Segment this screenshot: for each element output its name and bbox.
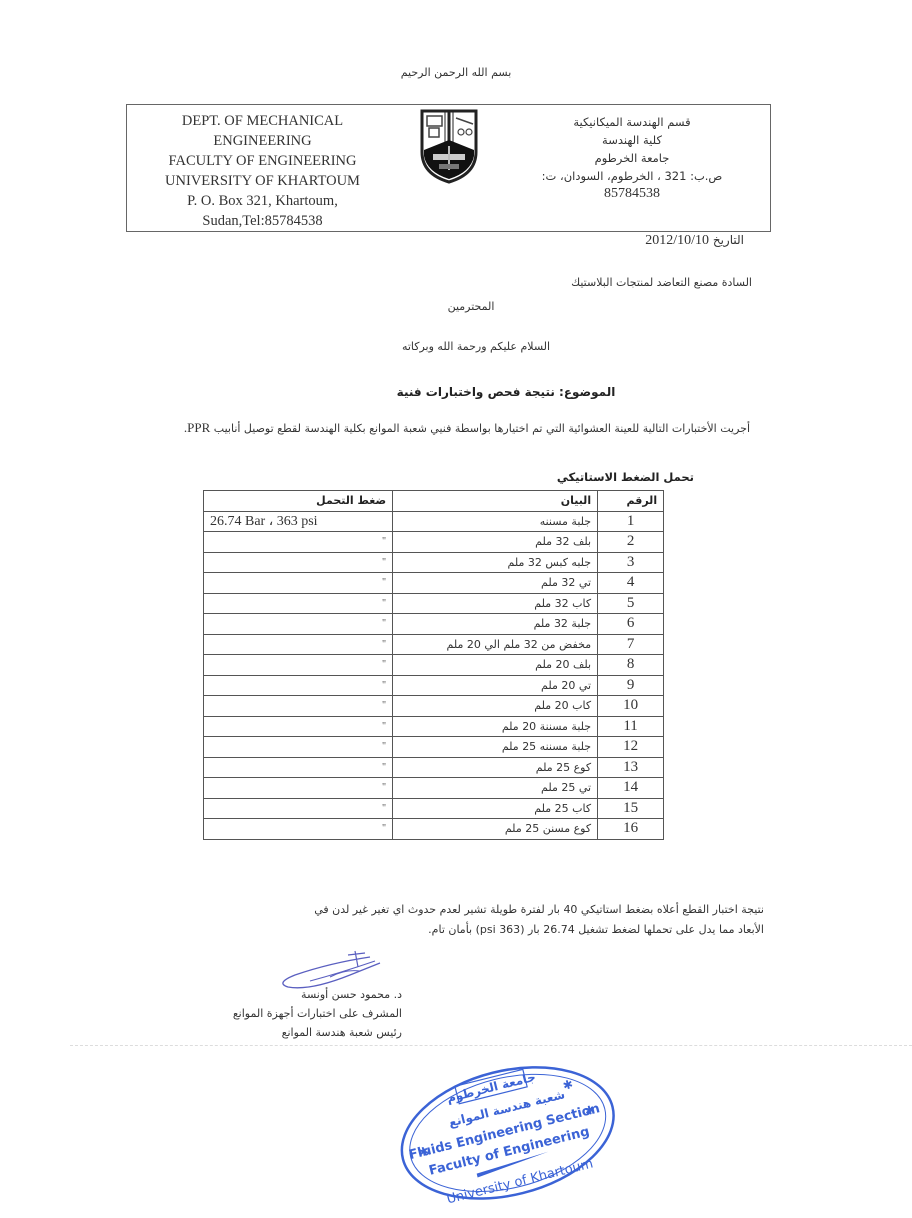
row-pressure-ditto: " bbox=[204, 819, 393, 840]
table-header-row: الرقم البيان ضغط التحمل bbox=[204, 491, 664, 512]
row-pressure-ditto: " bbox=[204, 798, 393, 819]
row-description: تي 20 ملم bbox=[393, 675, 598, 696]
row-pressure-ditto: " bbox=[204, 778, 393, 799]
table-row: 15 كاب 25 ملم " bbox=[204, 798, 664, 819]
university-crest-icon bbox=[419, 108, 479, 184]
conclusion-line: نتيجة اختبار القطع أعلاه بضغط استاتيكي 4… bbox=[144, 900, 764, 920]
row-description: كاب 25 ملم bbox=[393, 798, 598, 819]
table-row: 12 جلبة مسننه 25 ملم " bbox=[204, 737, 664, 758]
row-description: جلبة مسننه 25 ملم bbox=[393, 737, 598, 758]
header-description: البيان bbox=[393, 491, 598, 512]
table-title: تحمل الضغط الاستاتيكي bbox=[557, 470, 694, 484]
table-row: 3 جلبه كبس 32 ملم " bbox=[204, 552, 664, 573]
row-description: جلبة مسننه bbox=[393, 511, 598, 532]
conclusion-line: الأبعاد مما يدل على تحملها لضغط تشغيل 26… bbox=[144, 920, 764, 940]
letterhead-en-line: Sudan,Tel:85784538 bbox=[135, 211, 390, 231]
letterhead-ar-line: جامعة الخرطوم bbox=[502, 149, 762, 167]
row-description: جلبة 32 ملم bbox=[393, 614, 598, 635]
row-number: 2 bbox=[598, 532, 664, 553]
table-row: 7 مخفض من 32 ملم الي 20 ملم " bbox=[204, 634, 664, 655]
row-number: 9 bbox=[598, 675, 664, 696]
row-pressure: 26.74 Bar ، 363 psi bbox=[204, 511, 393, 532]
date-line: التاريخ 2012/10/10 bbox=[645, 233, 744, 249]
conclusion-paragraph: نتيجة اختبار القطع أعلاه بضغط استاتيكي 4… bbox=[144, 900, 764, 940]
row-pressure-ditto: " bbox=[204, 716, 393, 737]
row-description: كاب 20 ملم bbox=[393, 696, 598, 717]
letterhead-en-line: DEPT. OF MECHANICAL bbox=[135, 111, 390, 131]
letterhead-en-line: P. O. Box 321, Khartoum, bbox=[135, 191, 390, 211]
results-table: الرقم البيان ضغط التحمل 1 جلبة مسننه 26.… bbox=[203, 490, 664, 840]
row-number: 4 bbox=[598, 573, 664, 594]
table-row: 13 كوع 25 ملم " bbox=[204, 757, 664, 778]
row-pressure-ditto: " bbox=[204, 614, 393, 635]
table-row: 6 جلبة 32 ملم " bbox=[204, 614, 664, 635]
signer-name: د. محمود حسن أونسة bbox=[218, 985, 402, 1004]
row-number: 15 bbox=[598, 798, 664, 819]
table-row: 14 تي 25 ملم " bbox=[204, 778, 664, 799]
table-row: 8 بلف 20 ملم " bbox=[204, 655, 664, 676]
recipient: السادة مصنع التعاضد لمنتجات البلاستيك bbox=[571, 276, 752, 289]
row-description: بلف 20 ملم bbox=[393, 655, 598, 676]
official-stamp: جامعة الخرطوم شعبة هندسة الموانع Fluids … bbox=[392, 1055, 622, 1205]
row-description: كوع 25 ملم bbox=[393, 757, 598, 778]
date-value: 2012/10/10 bbox=[645, 233, 709, 248]
table-row: 10 كاب 20 ملم " bbox=[204, 696, 664, 717]
signer-title: رئيس شعبة هندسة الموانع bbox=[218, 1023, 402, 1042]
row-number: 5 bbox=[598, 593, 664, 614]
letterhead: DEPT. OF MECHANICAL ENGINEERING FACULTY … bbox=[126, 104, 771, 232]
row-pressure-ditto: " bbox=[204, 593, 393, 614]
row-number: 11 bbox=[598, 716, 664, 737]
row-pressure-ditto: " bbox=[204, 757, 393, 778]
letterhead-en-line: ENGINEERING bbox=[135, 131, 390, 151]
header-pressure: ضغط التحمل bbox=[204, 491, 393, 512]
row-number: 1 bbox=[598, 511, 664, 532]
table-row: 9 تي 20 ملم " bbox=[204, 675, 664, 696]
letterhead-ar-line: قسم الهندسة الميكانيكية bbox=[502, 113, 762, 131]
row-number: 16 bbox=[598, 819, 664, 840]
row-pressure-ditto: " bbox=[204, 573, 393, 594]
page-divider bbox=[70, 1045, 912, 1046]
row-description: جلبة مسننة 20 ملم bbox=[393, 716, 598, 737]
date-label: التاريخ bbox=[713, 233, 744, 247]
letterhead-en-line: FACULTY OF ENGINEERING bbox=[135, 151, 390, 171]
table-row: 16 كوع مسنن 25 ملم " bbox=[204, 819, 664, 840]
row-number: 12 bbox=[598, 737, 664, 758]
letterhead-arabic: قسم الهندسة الميكانيكية كلية الهندسة جام… bbox=[502, 113, 762, 203]
row-pressure-ditto: " bbox=[204, 532, 393, 553]
basmala: بسم الله الرحمن الرحيم bbox=[0, 66, 912, 79]
row-description: تي 32 ملم bbox=[393, 573, 598, 594]
row-description: جلبه كبس 32 ملم bbox=[393, 552, 598, 573]
intro-paragraph: أجريت الأختبارات التالية للعينة العشوائي… bbox=[160, 418, 750, 439]
row-pressure-ditto: " bbox=[204, 552, 393, 573]
header-number: الرقم bbox=[598, 491, 664, 512]
letterhead-ar-line: كلية الهندسة bbox=[502, 131, 762, 149]
row-pressure-ditto: " bbox=[204, 634, 393, 655]
signer-title: المشرف على اختبارات أجهزة الموانع bbox=[218, 1004, 402, 1023]
row-number: 10 bbox=[598, 696, 664, 717]
row-description: كوع مسنن 25 ملم bbox=[393, 819, 598, 840]
letterhead-english: DEPT. OF MECHANICAL ENGINEERING FACULTY … bbox=[135, 111, 390, 231]
intro-text: أجريت الأختبارات التالية للعينة العشوائي… bbox=[214, 422, 750, 435]
row-description: تي 25 ملم bbox=[393, 778, 598, 799]
row-number: 6 bbox=[598, 614, 664, 635]
subject-line: الموضوع: نتيجة فحص واختبارات فنية bbox=[0, 385, 912, 399]
row-number: 13 bbox=[598, 757, 664, 778]
intro-product: PPR. bbox=[184, 420, 210, 435]
row-description: مخفض من 32 ملم الي 20 ملم bbox=[393, 634, 598, 655]
row-number: 7 bbox=[598, 634, 664, 655]
row-pressure-ditto: " bbox=[204, 737, 393, 758]
letterhead-ar-phone: 85784538 bbox=[502, 185, 762, 203]
honorific: المحترمين bbox=[0, 300, 912, 313]
table-row: 2 بلف 32 ملم " bbox=[204, 532, 664, 553]
table-row: 4 تي 32 ملم " bbox=[204, 573, 664, 594]
signer-block: د. محمود حسن أونسة المشرف على اختبارات أ… bbox=[218, 985, 402, 1042]
row-description: كاب 32 ملم bbox=[393, 593, 598, 614]
row-number: 8 bbox=[598, 655, 664, 676]
row-number: 3 bbox=[598, 552, 664, 573]
row-pressure-ditto: " bbox=[204, 696, 393, 717]
letterhead-en-line: UNIVERSITY OF KHARTOUM bbox=[135, 171, 390, 191]
letterhead-ar-line: ص.ب: 321 ، الخرطوم، السودان، ت: bbox=[502, 167, 762, 185]
table-row: 11 جلبة مسننة 20 ملم " bbox=[204, 716, 664, 737]
table-row: 5 كاب 32 ملم " bbox=[204, 593, 664, 614]
row-number: 14 bbox=[598, 778, 664, 799]
table-row: 1 جلبة مسننه 26.74 Bar ، 363 psi bbox=[204, 511, 664, 532]
row-pressure-ditto: " bbox=[204, 675, 393, 696]
row-description: بلف 32 ملم bbox=[393, 532, 598, 553]
greeting: السلام عليكم ورحمة الله وبركاته bbox=[0, 340, 912, 353]
row-pressure-ditto: " bbox=[204, 655, 393, 676]
